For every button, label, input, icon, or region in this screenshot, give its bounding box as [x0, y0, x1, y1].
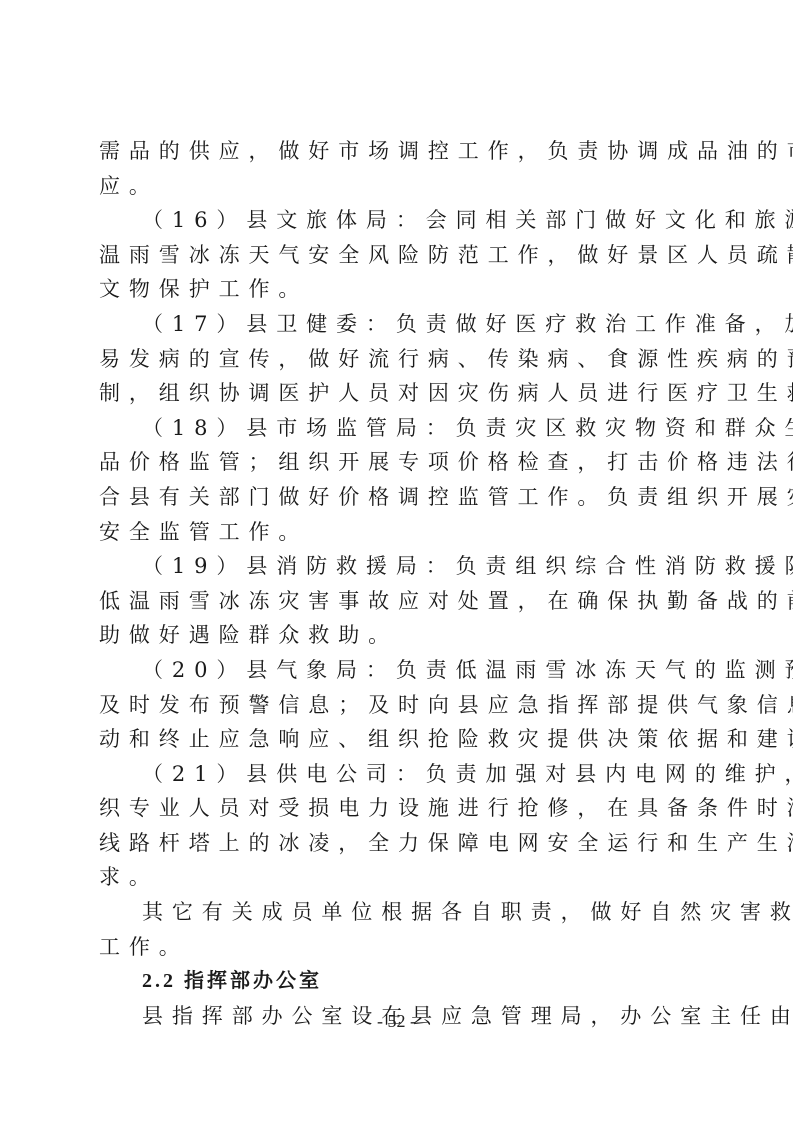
text-line: 易发病的宣传，做好流行病、传染病、食源性疾病的预防和控	[99, 342, 709, 377]
text-line: 低温雨雪冰冻灾害事故应对处置，在确保执勤备战的前提下协	[99, 584, 709, 619]
text-line: 品价格监管；组织开展专项价格检查，打击价格违法行为；配	[99, 445, 709, 480]
text-line: 应。	[99, 169, 709, 204]
text-line: 合县有关部门做好价格调控监管工作。负责组织开展灾区食品	[99, 480, 709, 515]
text-line: 求。	[99, 860, 709, 895]
paragraph-18-start: （18）县市场监管局：负责灾区救灾物资和群众生活必需	[99, 411, 709, 446]
paragraph-16-start: （16）县文旅体局：会同相关部门做好文化和旅游行业低	[99, 203, 709, 238]
text-line: 线路杆塔上的冰凌，全力保障电网安全运行和生产生活用电需	[99, 826, 709, 861]
paragraph-17-start: （17）县卫健委：负责做好医疗救治工作准备，加强冬季	[99, 307, 709, 342]
text-line: 制，组织协调医护人员对因灾伤病人员进行医疗卫生救援。	[99, 376, 709, 411]
paragraph-21-start: （21）县供电公司：负责加强对县内电网的维护，及时组	[99, 757, 709, 792]
text-line: 需品的供应，做好市场调控工作，负责协调成品油的市场供	[99, 134, 709, 169]
paragraph-other-start: 其它有关成员单位根据各自职责，做好自然灾害救助相关	[99, 895, 709, 930]
section-heading: 2.2 指挥部办公室	[99, 964, 709, 999]
text-line: 工作。	[99, 930, 709, 965]
document-body: 需品的供应，做好市场调控工作，负责协调成品油的市场供 应。 （16）县文旅体局：…	[99, 134, 709, 1033]
text-line: 织专业人员对受损电力设施进行抢修，在具备条件时清除电网	[99, 791, 709, 826]
text-line: 温雨雪冰冻天气安全风险防范工作，做好景区人员疏散和重点	[99, 238, 709, 273]
text-line: 文物保护工作。	[99, 272, 709, 307]
text-line: 动和终止应急响应、组织抢险救灾提供决策依据和建议。	[99, 722, 709, 757]
paragraph-20-start: （20）县气象局：负责低温雨雪冰冻天气的监测预警预报，	[99, 653, 709, 688]
text-line: 安全监管工作。	[99, 515, 709, 550]
text-line: 及时发布预警信息；及时向县应急指挥部提供气象信息，为启	[99, 688, 709, 723]
paragraph-19-start: （19）县消防救援局：负责组织综合性消防救援队伍参与	[99, 549, 709, 584]
text-line: 助做好遇险群众救助。	[99, 618, 709, 653]
page-number: - 52 -	[0, 1011, 793, 1032]
